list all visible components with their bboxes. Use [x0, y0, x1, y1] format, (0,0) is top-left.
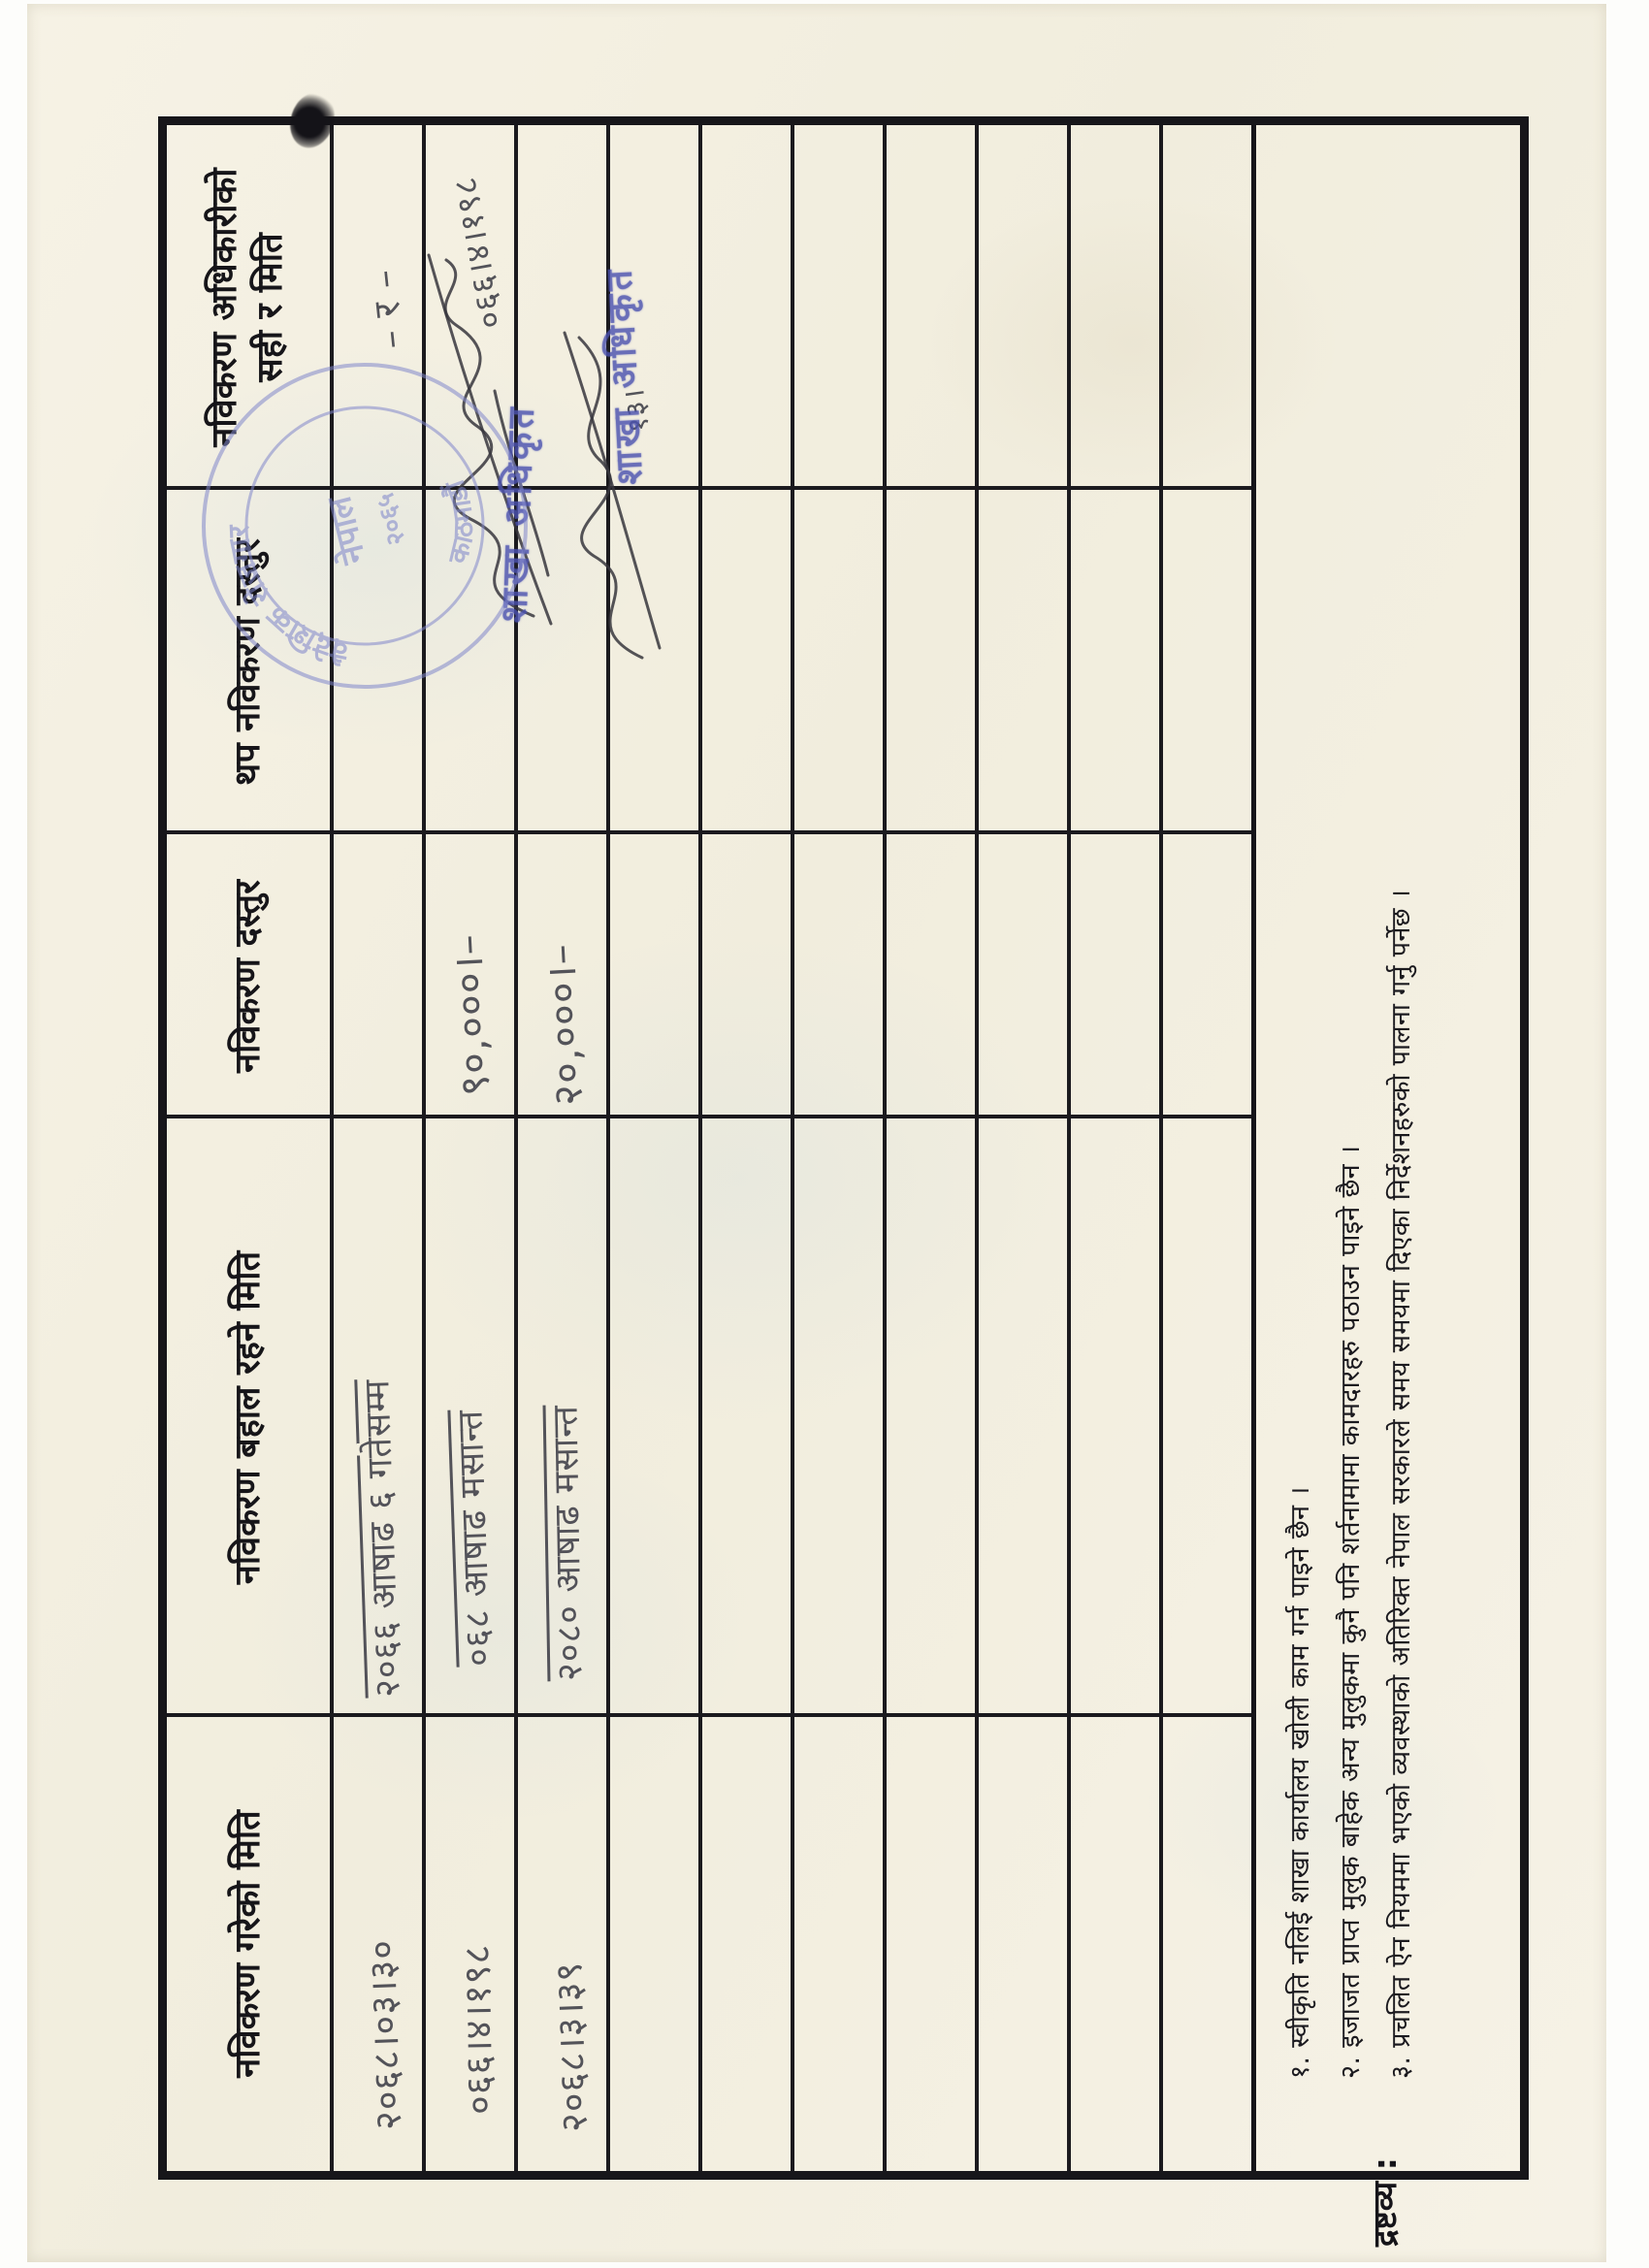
handwritten-renewed-date-row1: २०६८।०३।३०	[356, 1938, 413, 2131]
notes-heading: द्रष्टव्य :	[1362, 2157, 1406, 2247]
scanned-document-page: नविकरण गरेको मिति नविकरण बहाल रहने मिति …	[0, 0, 1649, 2268]
handwritten-fee-row2: ९०,०००।–	[438, 932, 502, 1097]
column-header-renewed-date: नविकरण गरेको मिति	[167, 1717, 330, 2171]
table-line	[698, 125, 702, 2171]
handwritten-renewed-date-row3: २०६८।३।३९	[542, 1960, 598, 2133]
form-frame: नविकरण गरेको मिति नविकरण बहाल रहने मिति …	[158, 116, 1529, 2180]
rotated-form-content: नविकरण गरेको मिति नविकरण बहाल रहने मिति …	[158, 116, 1529, 2180]
table-line	[975, 125, 979, 2171]
column-header-renewal-fee: नविकरण दस्तुर	[167, 834, 330, 1118]
handwritten-valid-until-row1: २०६६ आषाढ ६ गतेसम्म	[351, 1378, 409, 1699]
seal-year-text: २०६५	[371, 490, 411, 548]
handwritten-valid-until-row2: ०६८ आषाढ मसान्त	[444, 1409, 501, 1668]
table-line	[1067, 125, 1071, 2171]
officer-stamp: शाखा अधिकृत	[592, 265, 653, 486]
note-item: २. इजाजत प्राप्त मुलुक बाहेक अन्य मुलुकम…	[1331, 1146, 1367, 2079]
seal-center-text: नेपाल	[318, 491, 373, 569]
table-line	[1159, 125, 1163, 2171]
table-notes-divider	[1251, 125, 1256, 2171]
note-item: १. स्वीकृति नलिई शाखा कार्यालय खोली काम …	[1280, 1486, 1316, 2079]
table-line	[883, 125, 887, 2171]
handwritten-renewed-date-row2: ०६६।४।१९८	[450, 1943, 503, 2115]
table-line	[791, 125, 794, 2171]
column-header-valid-until: नविकरण बहाल रहने मिति	[167, 1118, 330, 1717]
note-item: ३. प्रचलित ऐन नियममा भएको व्यवस्थाको अति…	[1381, 890, 1417, 2079]
handwritten-valid-until-row3: २०८० आषाढ मसान्त	[540, 1405, 593, 1682]
handwritten-fee-row3: २०,०००।–	[532, 942, 596, 1107]
